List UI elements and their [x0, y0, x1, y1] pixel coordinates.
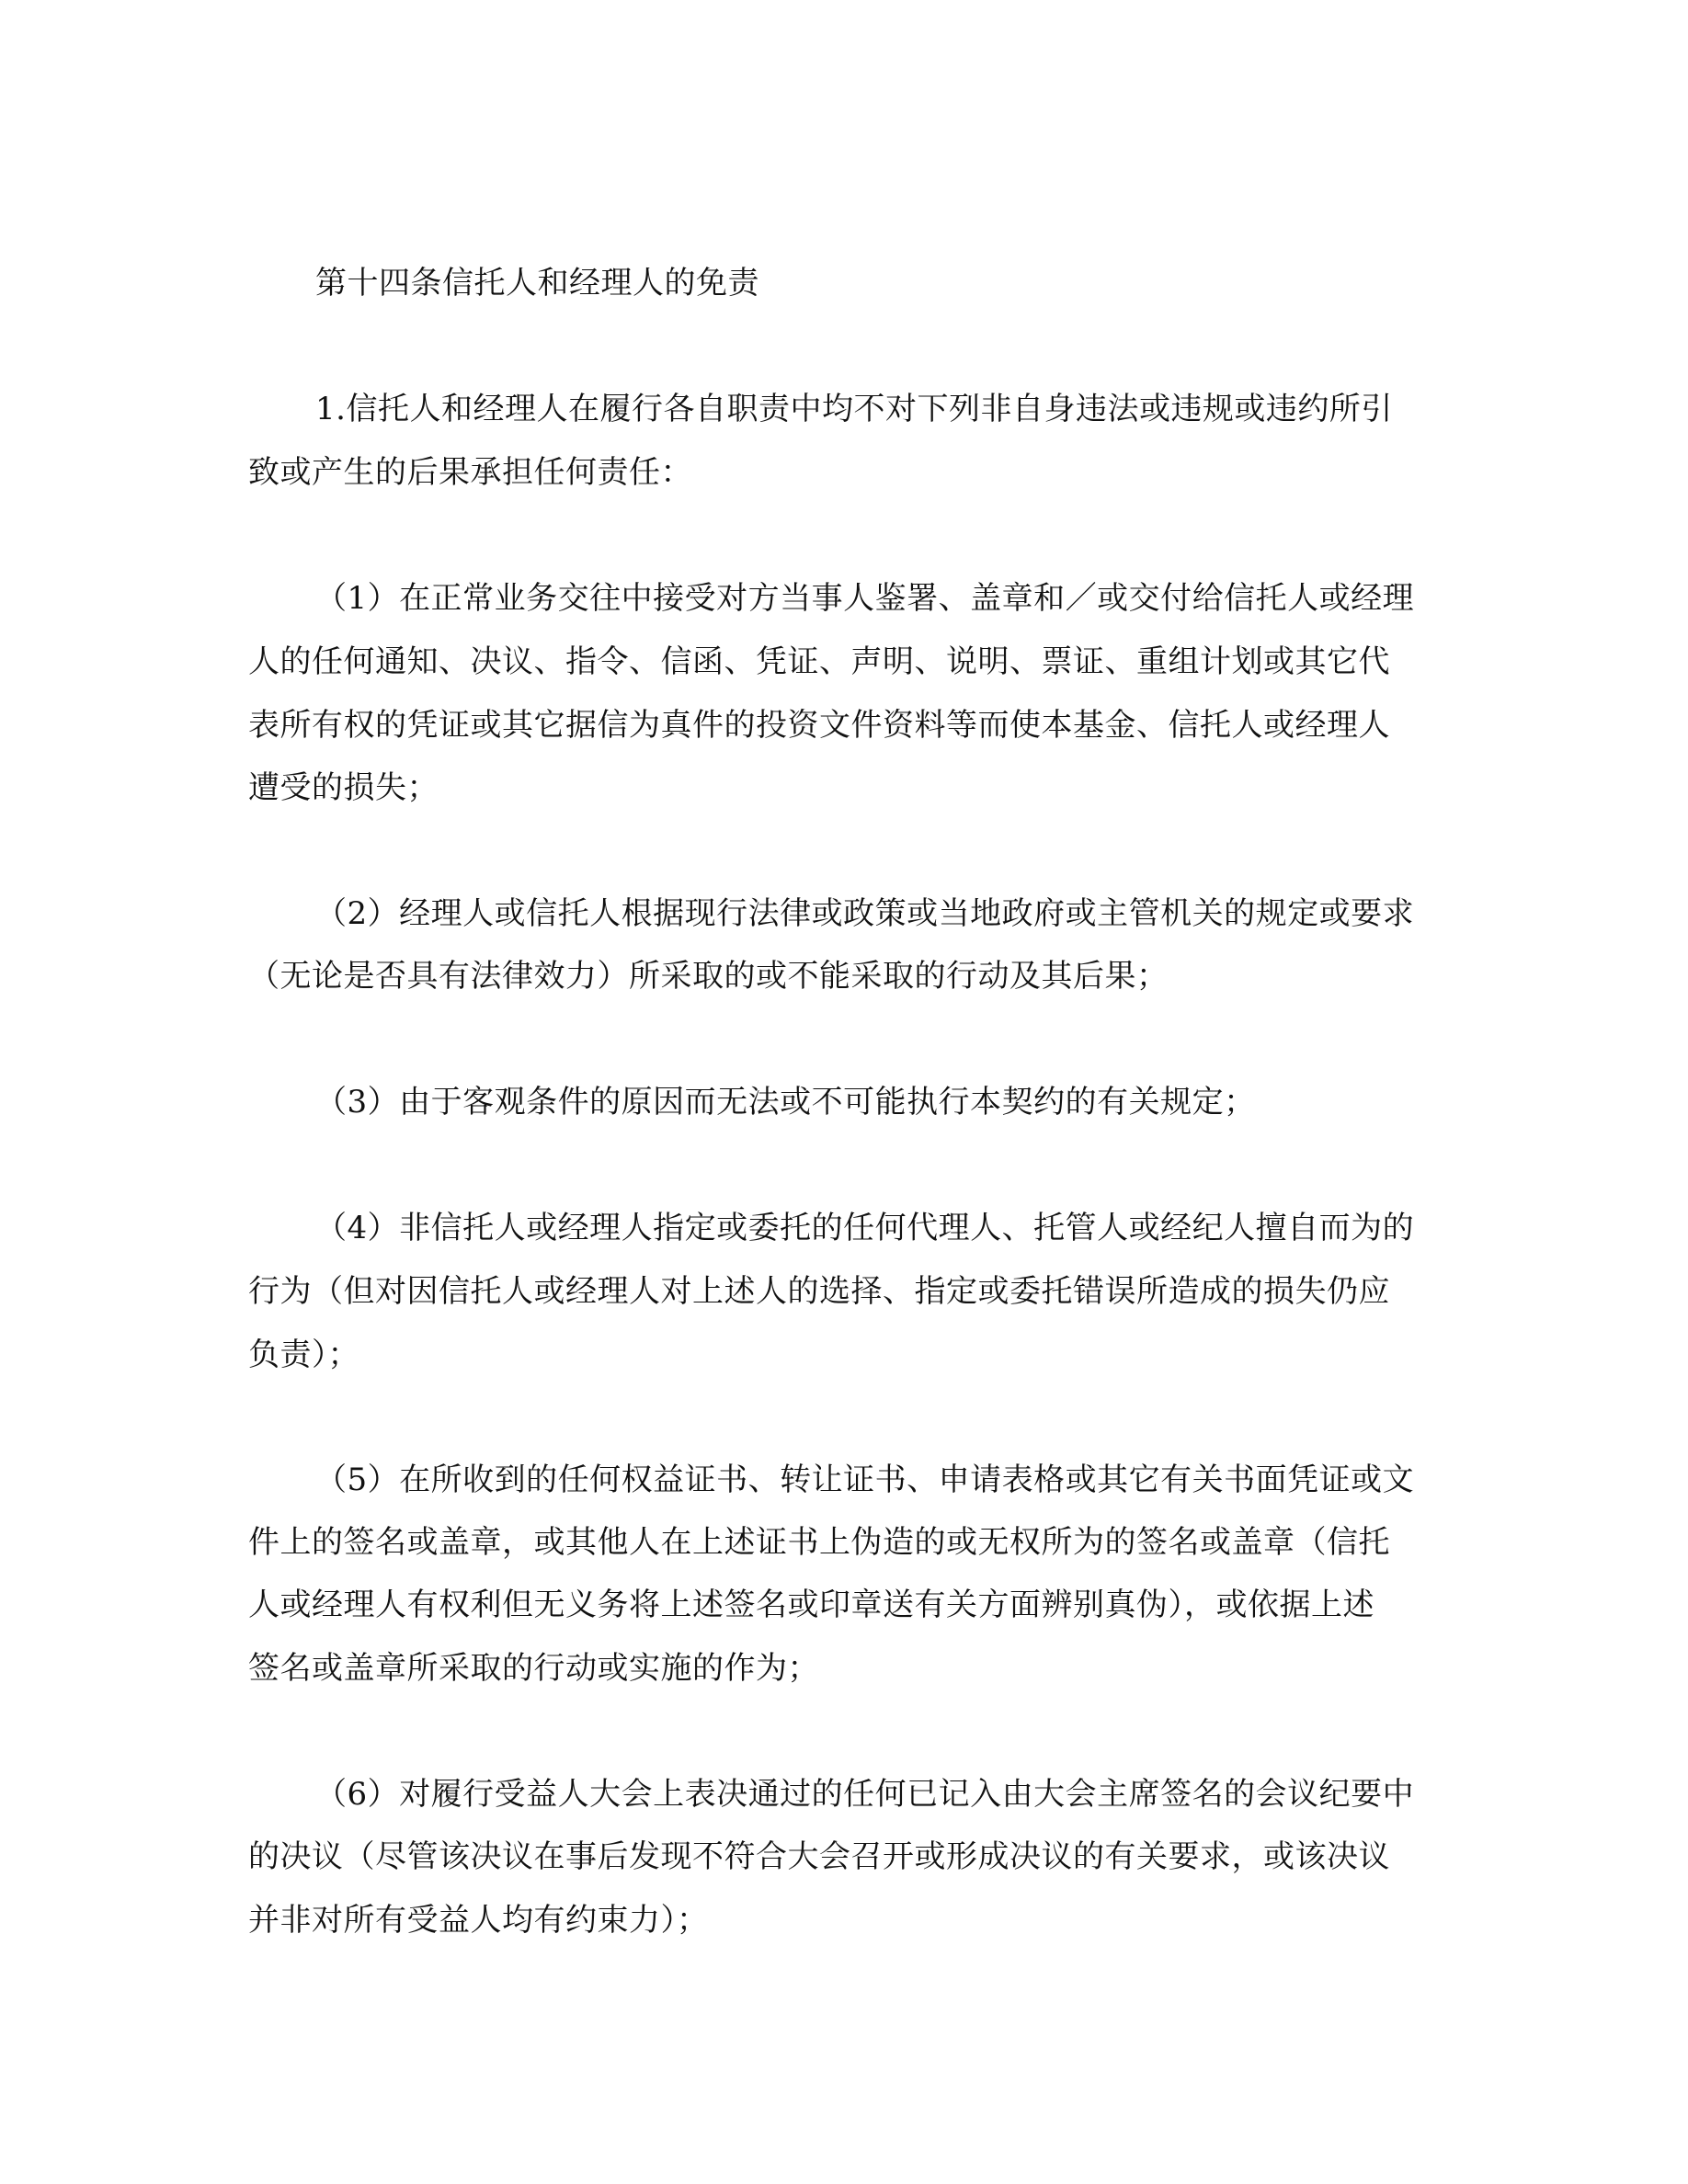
paragraph-line: 1.信托人和经理人在履行各自职责中均不对下列非自身违法或违规或违约所引 [315, 389, 1443, 429]
paragraph-line: 人的任何通知、决议、指令、信函、凭证、声明、说明、票证、重组计划或其它代 [248, 642, 1443, 682]
paragraph-line: （4）非信托人或经理人指定或委托的任何代理人、托管人或经纪人擅自而为的 [315, 1208, 1443, 1248]
paragraph-line: 遭受的损失； [248, 768, 1443, 808]
paragraph-line: 签名或盖章所采取的行动或实施的作为； [248, 1648, 1443, 1689]
paragraph-line: （无论是否具有法律效力）所采取的或不能采取的行动及其后果； [248, 956, 1443, 996]
paragraph-line: （1）在正常业务交往中接受对方当事人鉴署、盖章和／或交付给信托人或经理 [315, 578, 1443, 619]
paragraph-line: （3）由于客观条件的原因而无法或不可能执行本契约的有关规定； [315, 1082, 1443, 1122]
article-heading: 第十四条信托人和经理人的免责 [315, 263, 1443, 303]
paragraph-line: 表所有权的凭证或其它据信为真件的投资文件资料等而使本基金、信托人或经理人 [248, 705, 1443, 745]
paragraph-line: （5）在所收到的任何权益证书、转让证书、申请表格或其它有关书面凭证或文 [315, 1460, 1443, 1500]
paragraph-line: 人或经理人有权利但无义务将上述签名或印章送有关方面辨别真伪），或依据上述 [248, 1585, 1443, 1625]
paragraph-line: 致或产生的后果承担任何责任： [248, 452, 1443, 493]
paragraph-line: （6）对履行受益人大会上表决通过的任何已记入由大会主席签名的会议纪要中 [315, 1774, 1443, 1814]
paragraph-line: （2）经理人或信托人根据现行法律或政策或当地政府或主管机关的规定或要求 [315, 893, 1443, 934]
paragraph-line: 负责）； [248, 1335, 1443, 1375]
paragraph-line: 并非对所有受益人均有约束力）； [248, 1900, 1443, 1940]
document-page: 第十四条信托人和经理人的免责 1.信托人和经理人在履行各自职责中均不对下列非自身… [0, 0, 1688, 2184]
paragraph-line: 行为（但对因信托人或经理人对上述人的选择、指定或委托错误所造成的损失仍应 [248, 1271, 1443, 1312]
paragraph-line: 的决议（尽管该决议在事后发现不符合大会召开或形成决议的有关要求，或该决议 [248, 1837, 1443, 1877]
paragraph-line: 件上的签名或盖章，或其他人在上述证书上伪造的或无权所为的签名或盖章（信托 [248, 1522, 1443, 1563]
